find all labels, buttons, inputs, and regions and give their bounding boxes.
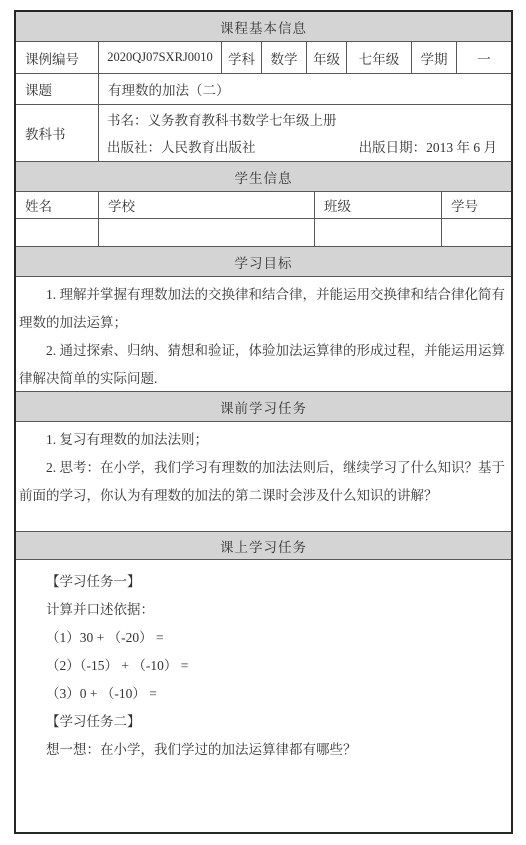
textbook-book-name: 书名：义务教育教科书数学七年级上册 [107, 107, 503, 134]
textbook-row: 教科书 书名：义务教育教科书数学七年级上册 出版社：人民教育出版社 出版日期：2… [16, 105, 511, 162]
section-title-goals: 学习目标 [235, 252, 293, 272]
section-title-pre-class: 课前学习任务 [220, 397, 307, 417]
section-header-student-info: 学生信息 [16, 162, 511, 192]
goal-item-1: 1. 理解并掌握有理数加法的交换律和结合律，并能运用交换律和结合律化简有理数的加… [19, 281, 507, 337]
task1-intro: 计算并口述依据： [19, 596, 507, 624]
section-title-course-info: 课程基本信息 [220, 17, 307, 37]
grade-label: 年级 [307, 42, 347, 73]
student-class-blank-cell [315, 219, 442, 246]
textbook-value: 书名：义务教育教科书数学七年级上册 出版社：人民教育出版社 出版日期：2013 … [99, 105, 511, 161]
topic-value: 有理数的加法（二） [99, 74, 511, 104]
student-blank-row [16, 219, 511, 247]
section-title-student-info: 学生信息 [235, 167, 293, 187]
student-school-label: 学校 [99, 192, 315, 218]
lesson-no-value: 2020QJ07SXRJ0010 [99, 42, 222, 73]
textbook-label: 教科书 [16, 105, 99, 161]
student-name-label: 姓名 [16, 192, 99, 218]
task1-title: 【学习任务一】 [19, 568, 507, 596]
topic-row: 课题 有理数的加法（二） [16, 74, 511, 105]
grade-value: 七年级 [347, 42, 412, 73]
task1-equation-3: （3）0 + （-10） = [19, 680, 507, 708]
pre-class-item-1: 1. 复习有理数的加法法则； [19, 426, 507, 454]
task1-equation-2: （2）（-15） + （-10） = [19, 652, 507, 680]
textbook-line2: 出版社：人民教育出版社 出版日期：2013 年 6 月 [107, 134, 503, 161]
textbook-publisher: 出版社：人民教育出版社 [107, 134, 256, 161]
worksheet-table: 课程基本信息 课例编号 2020QJ07SXRJ0010 学科 数学 年级 七年… [14, 10, 513, 834]
term-value: 一 [457, 42, 511, 73]
pre-class-item-2: 2. 思考：在小学，我们学习有理数的加法法则后，继续学习了什么知识？基于前面的学… [19, 454, 507, 510]
textbook-publish-date: 出版日期：2013 年 6 月 [359, 134, 503, 161]
task1-equation-1: （1）30 + （-20） = [19, 624, 507, 652]
course-meta-row: 课例编号 2020QJ07SXRJ0010 学科 数学 年级 七年级 学期 一 [16, 42, 511, 74]
subject-value: 数学 [262, 42, 307, 73]
task2-text: 想一想：在小学，我们学过的加法运算律都有哪些？ [19, 736, 507, 764]
student-name-blank-cell [16, 219, 99, 246]
term-label: 学期 [412, 42, 457, 73]
in-class-content: 【学习任务一】 计算并口述依据： （1）30 + （-20） = （2）（-15… [16, 560, 511, 832]
section-header-course-info: 课程基本信息 [16, 12, 511, 42]
section-header-pre-class: 课前学习任务 [16, 392, 511, 422]
subject-label: 学科 [222, 42, 262, 73]
section-header-goals: 学习目标 [16, 247, 511, 277]
pre-class-content: 1. 复习有理数的加法法则； 2. 思考：在小学，我们学习有理数的加法法则后，继… [16, 422, 511, 532]
goals-content: 1. 理解并掌握有理数加法的交换律和结合律，并能运用交换律和结合律化简有理数的加… [16, 277, 511, 392]
task2-title: 【学习任务二】 [19, 708, 507, 736]
goal-item-2: 2. 通过探索、归纳、猜想和验证，体验加法运算律的形成过程，并能运用运算律解决简… [19, 337, 507, 393]
section-header-in-class: 课上学习任务 [16, 532, 511, 560]
student-class-label: 班级 [315, 192, 442, 218]
student-school-blank-cell [99, 219, 315, 246]
lesson-no-label: 课例编号 [16, 42, 99, 73]
student-labels-row: 姓名 学校 班级 学号 [16, 192, 511, 219]
student-number-blank-cell [442, 219, 511, 246]
section-title-in-class: 课上学习任务 [220, 536, 307, 556]
topic-label: 课题 [16, 74, 99, 104]
textbook-lines: 书名：义务教育教科书数学七年级上册 出版社：人民教育出版社 出版日期：2013 … [99, 106, 511, 161]
student-number-label: 学号 [442, 192, 511, 218]
